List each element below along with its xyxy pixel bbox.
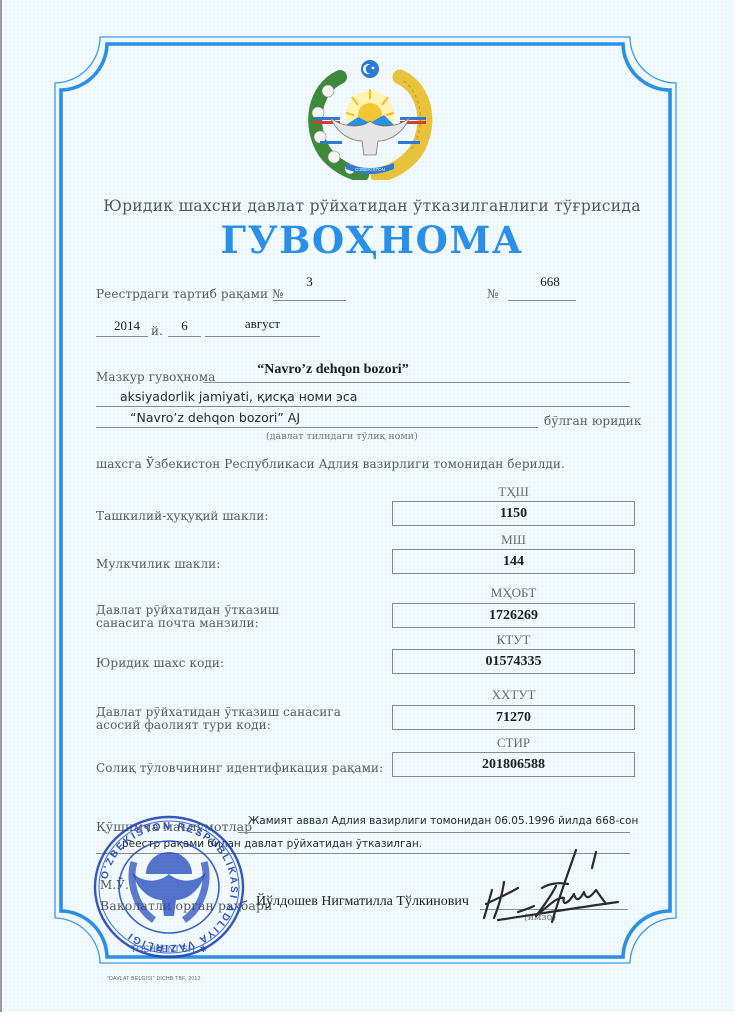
additional-info-line-1: Жамият аввал Адлия вазирлиги томонидан 0… — [248, 815, 638, 827]
code-label-activity-l1: Давлат рўйхатидан ўтказиш санасига — [96, 705, 341, 719]
code-box-entity-code: 01574335 — [392, 649, 635, 674]
date-month: август — [205, 316, 320, 332]
issued-by-text: шахсга Ўзбекистон Республикаси Адлия ваз… — [96, 457, 565, 471]
code-box-ownership: 144 — [392, 549, 635, 574]
code-tag-tin: СТИР — [392, 735, 635, 751]
code-label-activity-l2: асосий фаолият тури коди: — [96, 718, 271, 732]
registry-label: Реестрдаги тартиб рақами № — [96, 287, 283, 301]
entity-intro-label: Мазкур гувоҳнома — [96, 370, 215, 384]
additional-line-1 — [238, 832, 630, 833]
code-box-tin: 201806588 — [392, 752, 635, 777]
entity-line-2 — [96, 406, 630, 407]
code-label-entity-code: Юридик шахс коди: — [96, 656, 224, 670]
code-box-postal: 1726269 — [392, 603, 635, 628]
entity-short-name: “Navro’z dehqon bozori” AJ — [130, 410, 300, 425]
number-underline — [508, 300, 576, 301]
entity-line-1 — [203, 382, 630, 383]
registry-underline — [273, 300, 346, 301]
code-label-legal-form: Ташкилий-ҳуқуқий шакли: — [96, 509, 269, 523]
code-label-ownership: Мулкчилик шакли: — [96, 557, 220, 571]
svg-text:TOSHKENT SH. ✱: TOSHKENT SH. ✱ — [131, 944, 207, 954]
entity-full-name: “Navro’z dehqon bozori” — [203, 362, 463, 378]
code-label-postal-l1: Давлат рўйхатидан ўтказиш — [96, 603, 279, 617]
month-underline — [205, 336, 320, 337]
day-underline — [168, 336, 201, 337]
signatory-name: Йўлдошев Нигматилла Тўлкинович — [256, 894, 469, 910]
svg-text:O'ZBEKISTON: O'ZBEKISTON — [355, 167, 385, 172]
entity-line-3 — [96, 427, 538, 428]
printer-note: "DAVLAT BELGISI" DICHB TBF, 2012 — [107, 976, 201, 982]
number-value: 668 — [500, 274, 600, 290]
code-tag-activity: ХХТУТ — [392, 687, 635, 703]
year-underline — [96, 336, 148, 337]
code-tag-ownership: МШ — [392, 532, 635, 548]
code-box-activity: 71270 — [392, 705, 635, 730]
entity-type-line: aksiyadorlik jamiyati, қисқа номи эса — [120, 389, 357, 404]
code-label-postal-l2: санасига почта манзили: — [96, 616, 259, 630]
certificate-title: ГУВОҲНОМА — [0, 218, 744, 262]
code-tag-legal-form: ТҲШ — [392, 484, 635, 500]
certificate-subtitle: Юридик шахсни давлат рўйхатидан ўтказилг… — [0, 197, 744, 215]
date-day: 6 — [168, 318, 201, 334]
state-emblem-icon: O'ZBEKISTON — [300, 55, 440, 180]
official-stamp-icon: O'ZBEKISTON RESPUBLIKASI ADLIYA VAZIRLIG… — [88, 812, 250, 962]
code-label-tin: Солиқ тўловчининг идентификация рақами: — [96, 761, 383, 775]
entity-caption: (давлат тилидаги тўлиқ номи) — [266, 431, 418, 442]
registry-number: 3 — [273, 274, 346, 290]
year-suffix: й. — [151, 324, 163, 338]
signature-mark — [478, 848, 628, 933]
code-tag-postal: МҲОБТ — [392, 585, 635, 601]
number-label: № — [487, 287, 498, 301]
entity-suffix: бўлган юридик — [544, 414, 641, 428]
code-box-legal-form: 1150 — [392, 501, 635, 526]
date-year: 2014 — [96, 318, 158, 334]
code-tag-entity-code: КТУТ — [392, 632, 635, 648]
